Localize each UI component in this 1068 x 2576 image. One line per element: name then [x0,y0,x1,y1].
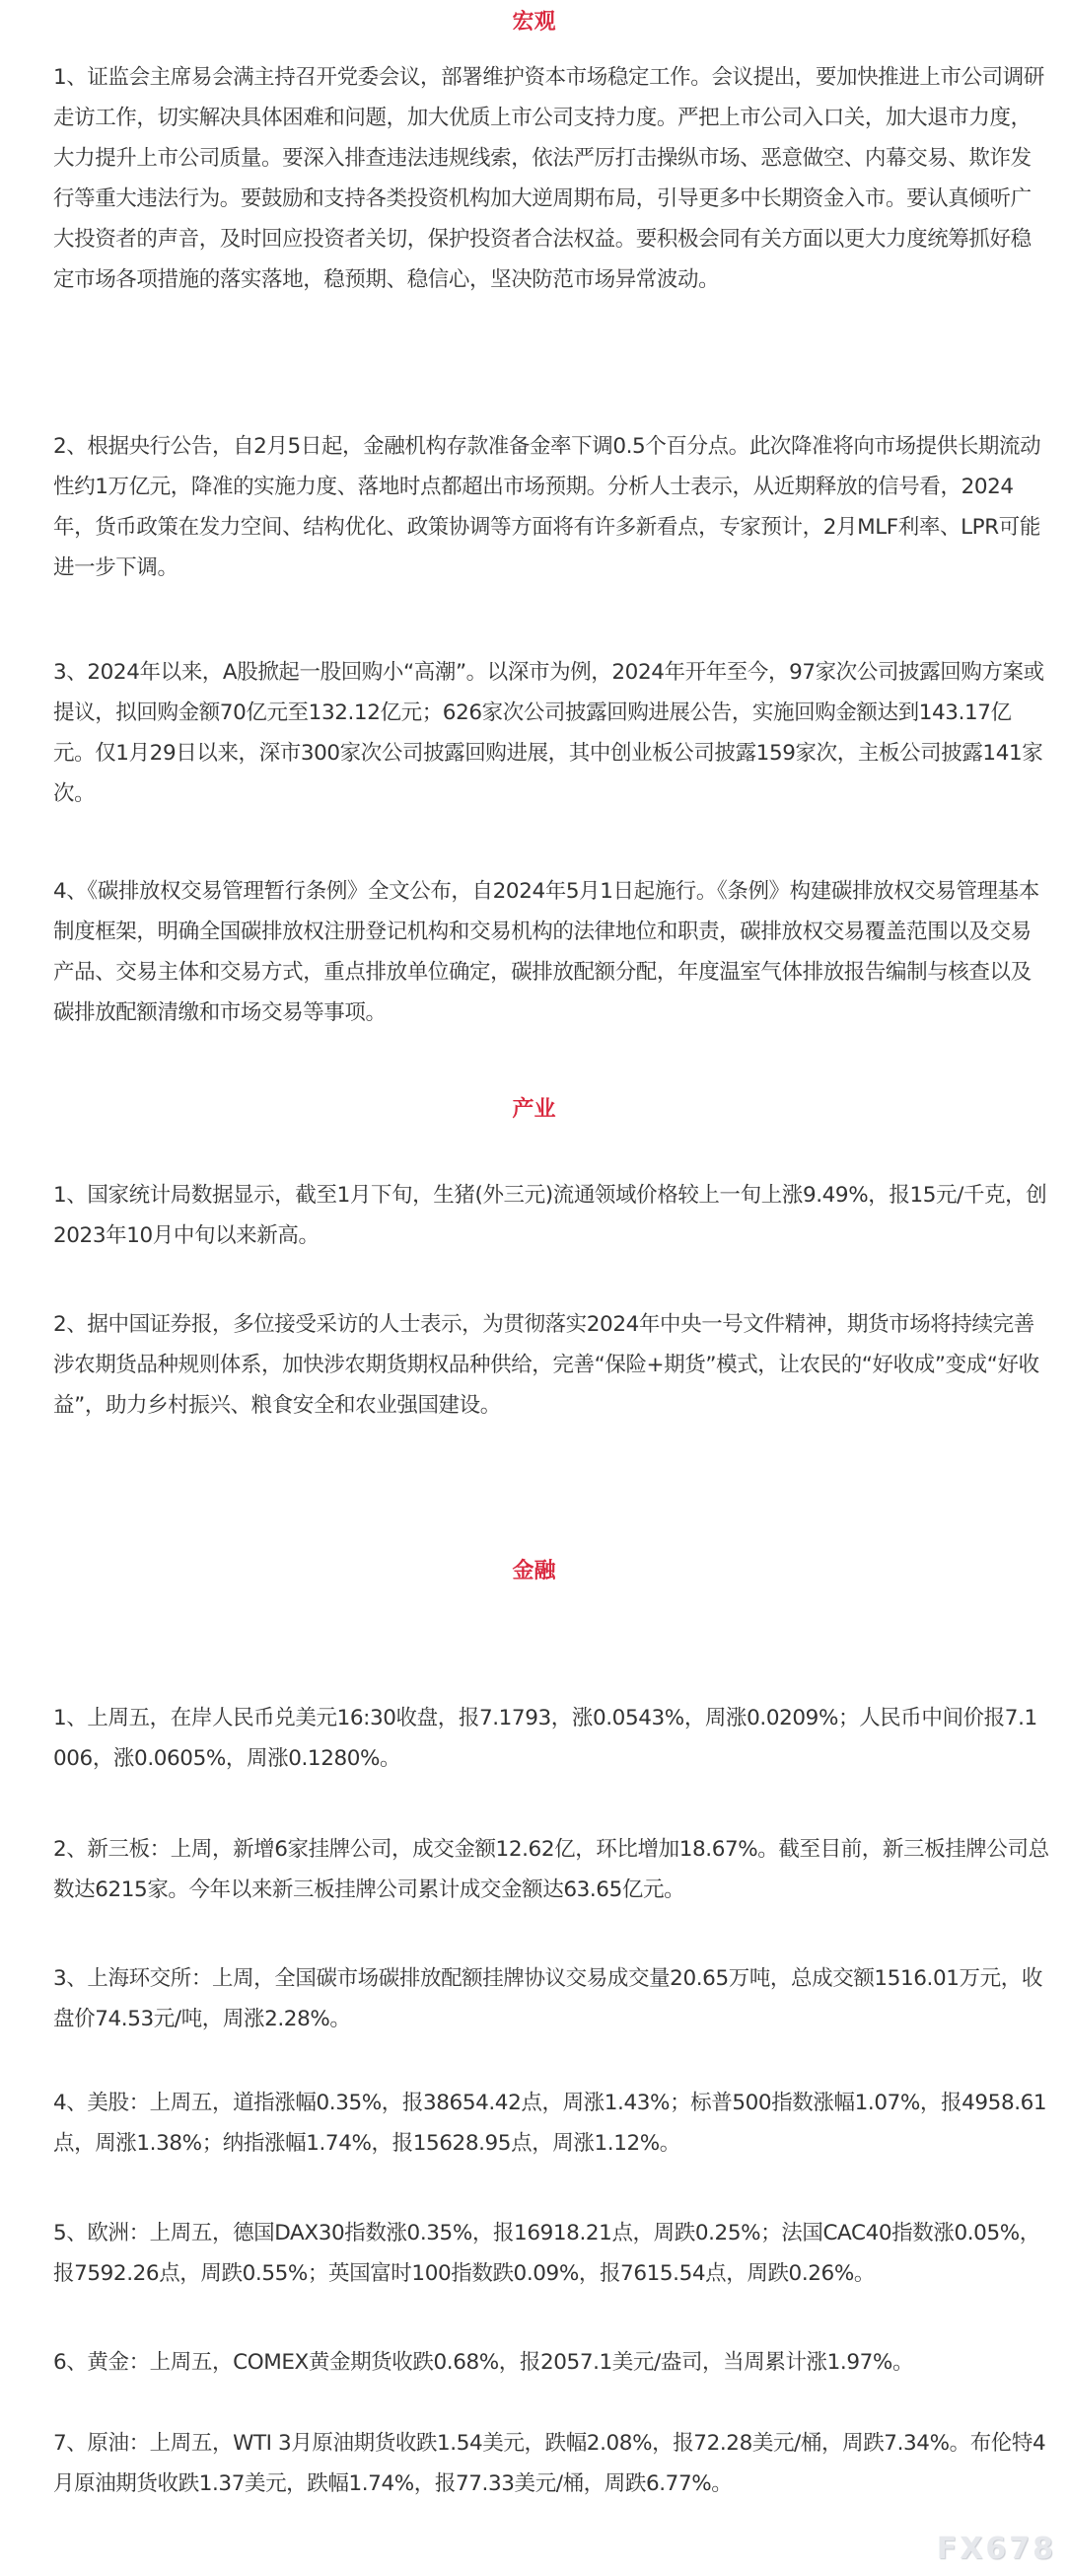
macro-item-1: 1、证监会主席易会满主持召开党委会议，部署维护资本市场稳定工作。会议提出，要加快… [53,57,1049,300]
section-heading-finance: 金融 [0,1557,1068,1586]
finance-item-6: 6、黄金：上周五，COMEX黄金期货收跌0.68%，报2057.1美元/盎司，当… [53,2342,1049,2383]
section-heading-macro: 宏观 [0,8,1068,37]
industry-item-1: 1、国家统计局数据显示，截至1月下旬，生猪(外三元)流通领域价格较上一旬上涨9.… [53,1175,1049,1256]
finance-item-5: 5、欧洲：上周五，德国DAX30指数涨0.35%，报16918.21点，周跌0.… [53,2213,1049,2294]
finance-item-4: 4、美股：上周五，道指涨幅0.35%，报38654.42点，周涨1.43%；标普… [53,2083,1049,2164]
industry-item-2: 2、据中国证券报，多位接受采访的人士表示，为贯彻落实2024年中央一号文件精神，… [53,1304,1049,1426]
macro-item-2: 2、根据央行公告，自2月5日起，金融机构存款准备金率下调0.5个百分点。此次降准… [53,426,1049,588]
macro-item-3: 3、2024年以来，A股掀起一股回购小“高潮”。以深市为例，2024年开年至今，… [53,652,1049,814]
finance-item-7: 7、原油：上周五，WTI 3月原油期货收跌1.54美元，跌幅2.08%，报72.… [53,2423,1049,2504]
macro-item-4: 4、《碳排放权交易管理暂行条例》全文公布，自2024年5月1日起施行。《条例》构… [53,871,1049,1033]
watermark-logo: FX678 [937,2532,1056,2566]
finance-item-2: 2、新三板：上周，新增6家挂牌公司，成交金额12.62亿，环比增加18.67%。… [53,1829,1049,1910]
finance-item-3: 3、上海环交所：上周，全国碳市场碳排放配额挂牌协议交易成交量20.65万吨，总成… [53,1958,1049,2039]
finance-item-1: 1、上周五，在岸人民币兑美元16:30收盘，报7.1793，涨0.0543%，周… [53,1698,1049,1779]
section-heading-industry: 产业 [0,1095,1068,1125]
